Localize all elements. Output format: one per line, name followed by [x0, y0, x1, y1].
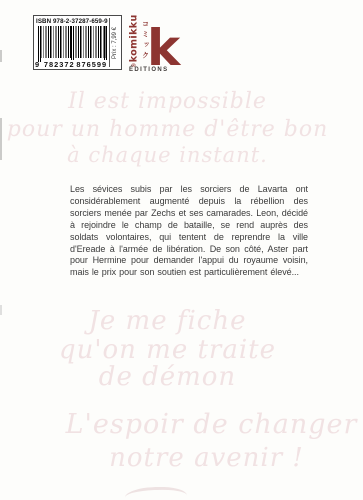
barcode-digit-prefix: 9 — [35, 60, 43, 69]
komikku-editions-logo: ®komikku コミック k ÉDITIONS — [127, 13, 177, 75]
faint-script-fragment — [125, 486, 188, 500]
komikku-vertical-wordmark: ®komikku — [129, 14, 140, 67]
watermark-quote-line: qu'on me traite — [0, 335, 349, 365]
isbn-label: ISBN 978-2-37287-659-9 — [36, 18, 106, 25]
barcode-digit-group: 782372 — [43, 60, 76, 69]
watermark-quote-line: de démon — [0, 362, 349, 392]
barcode-digit-group: 876599 — [76, 60, 109, 69]
barcode-bars — [38, 26, 107, 58]
scan-edge-artifact — [0, 305, 2, 315]
barcode-guard-bar — [71, 26, 72, 62]
scan-edge-artifact — [0, 50, 2, 62]
barcode-digits: 9 782372 876599 — [35, 60, 108, 69]
watermark-quote-line: à chaque instant. — [0, 143, 349, 167]
komikku-name: komikku — [129, 14, 140, 62]
barcode-guard-bar — [38, 26, 39, 62]
editions-label: ÉDITIONS — [129, 67, 169, 73]
synopsis-text: Les sévices subis par les sorciers de La… — [70, 184, 308, 279]
price-divider — [109, 18, 110, 67]
scan-edge-artifact — [0, 118, 2, 160]
book-back-cover: Il est impossible pour un homme d'être b… — [0, 0, 363, 500]
komikku-k-icon: k — [147, 23, 180, 73]
barcode-block: ISBN 978-2-37287-659-9 9 782372 876599 P… — [33, 15, 122, 70]
watermark-quote-line: notre avenir ! — [25, 443, 363, 473]
price-label: Prix : 7,99 € — [112, 27, 118, 59]
watermark-quote-line: Je me fiche — [0, 306, 349, 336]
watermark-quote-line: Il est impossible — [0, 89, 349, 114]
watermark-quote-line: pour un homme d'être bon — [0, 117, 349, 142]
barcode-guard-bar — [104, 26, 105, 62]
watermark-quote-line: L'espoir de changer — [30, 409, 363, 440]
